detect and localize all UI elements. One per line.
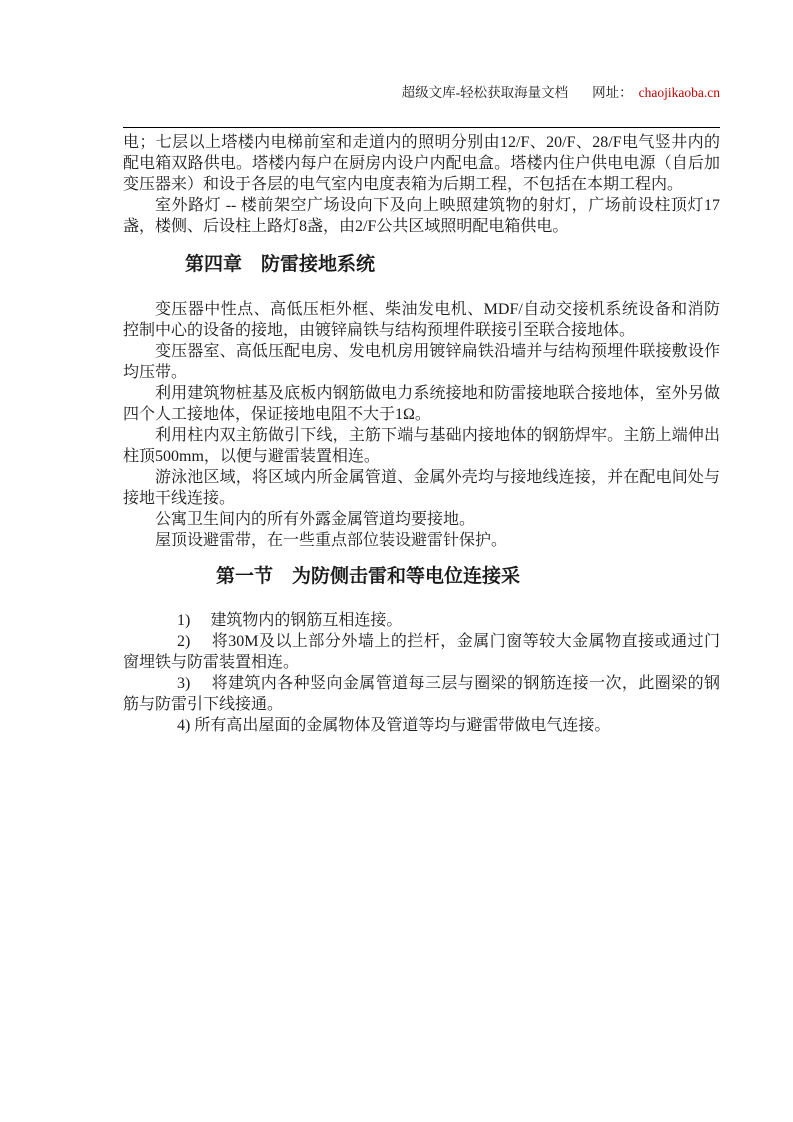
header-url-text: chaojikaoba.cn — [639, 85, 720, 100]
heading-chapter-4-lightning-grounding: 第四章 防雷接地系统 — [185, 254, 720, 276]
list-item-1-rebar-interconnect: 1) 建筑物内的钢筋互相连接。 — [123, 610, 720, 631]
para-tower-lighting-supply: 电；七层以上塔楼内电梯前室和走道内的照明分别由12/F、20/F、28/F电气竖… — [123, 132, 720, 195]
para-equalizing-band: 变压器室、高低压配电房、发电机房用镀锌扁铁沿墙并与结构预埋件联接敷设作均压带。 — [123, 341, 720, 383]
header-url-label: 网址： — [592, 85, 633, 100]
para-outdoor-street-lights: 室外路灯 -- 楼前架空广场设向下及向上映照建筑物的射灯，广场前设柱顶灯17盏，… — [123, 195, 720, 237]
document-content: 超级文库-轻松获取海量文档网址：chaojikaoba.cn 电；七层以上塔楼内… — [123, 66, 720, 736]
page-header: 超级文库-轻松获取海量文档网址：chaojikaoba.cn — [123, 66, 720, 128]
para-foundation-combined-earth: 利用建筑物桩基及底板内钢筋做电力系统接地和防雷接地联合接地体，室外另做四个人工接… — [123, 383, 720, 425]
heading-section-1-side-strike-equipotential: 第一节 为防侧击雷和等电位连接采 — [216, 566, 720, 588]
list-item-2-railings-windows-bonding: 2) 将30M及以上部分外墙上的拦杆，金属门窗等较大金属物直接或通过门窗埋铁与防… — [123, 631, 720, 673]
para-column-down-conductor: 利用柱内双主筋做引下线，主筋下端与基础内接地体的钢筋焊牢。主筋上端伸出柱顶500… — [123, 425, 720, 467]
para-roof-lightning-belt: 屋顶设避雷带，在一些重点部位装设避雷针保护。 — [123, 530, 720, 551]
header-site-name: 超级文库-轻松获取海量文档 — [402, 85, 569, 100]
para-swimming-pool-bonding: 游泳池区域，将区域内所金属管道、金属外壳均与接地线连接，并在配电间处与接地干线连… — [123, 467, 720, 509]
para-bathroom-pipes-grounding: 公寓卫生间内的所有外露金属管道均要接地。 — [123, 509, 720, 530]
para-transformer-equipment-grounding: 变压器中性点、高低压柜外框、柴油发电机、MDF/自动交接机系统设备和消防控制中心… — [123, 299, 720, 341]
list-item-4-roof-metal-bonding: 4) 所有高出屋面的金属物体及管道等均与避雷带做电气连接。 — [123, 715, 720, 736]
document-body: 电；七层以上塔楼内电梯前室和走道内的照明分别由12/F、20/F、28/F电气竖… — [123, 132, 720, 736]
document-page: 超级文库-轻松获取海量文档网址：chaojikaoba.cn 电；七层以上塔楼内… — [0, 0, 793, 1122]
list-item-3-vertical-pipes-ring-beam: 3) 将建筑内各种竖向金属管道每三层与圈梁的钢筋连接一次，此圈梁的钢筋与防雷引下… — [123, 673, 720, 715]
